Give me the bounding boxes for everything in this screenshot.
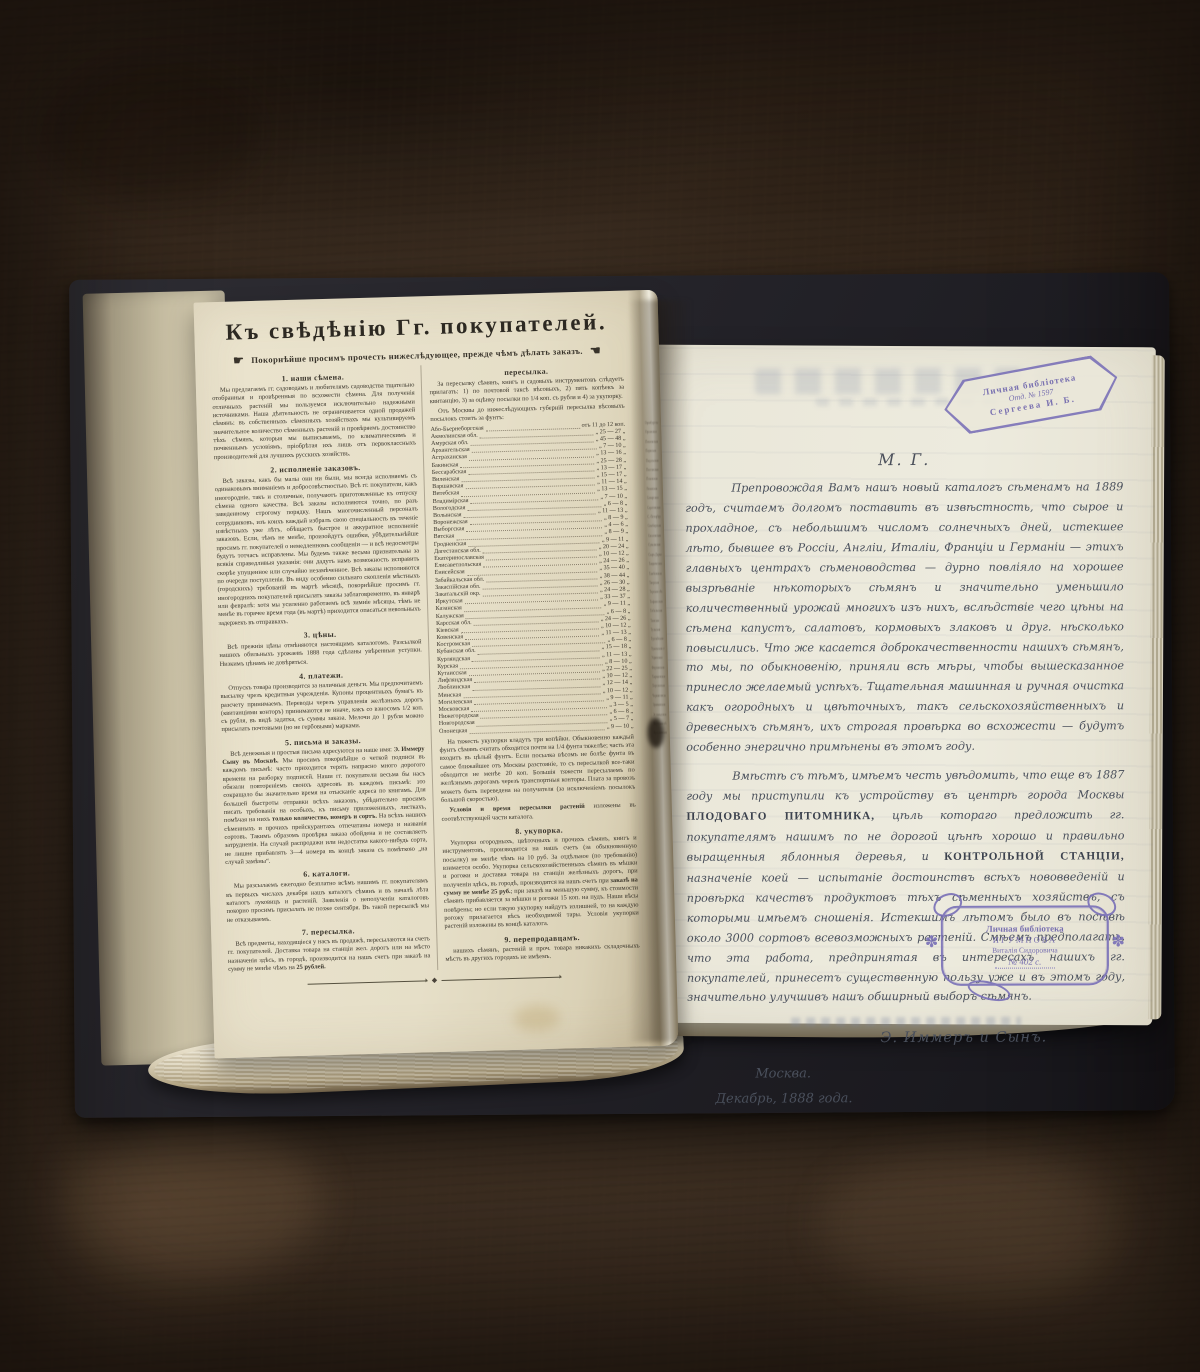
section-body: Мы разсылаемъ ежегодно безплатно всѣмъ н…	[226, 878, 430, 925]
region-name: Херсонская	[652, 681, 665, 691]
region-name: Симбирская	[648, 521, 661, 531]
region-name: Олонецкая	[439, 728, 467, 736]
library-stamp-top: Личная библіотека Отд. № 1597 Сергеева И…	[939, 352, 1122, 437]
section-body: Мы предлагаемъ гг. садоводамъ и любителя…	[212, 381, 416, 462]
pointing-hand-left-icon: ☚	[590, 344, 602, 356]
region-name: Тобольская	[650, 606, 663, 616]
region-name: Самарская	[647, 493, 660, 503]
right-column: пересылка. За пересылку сѣмянъ, книгъ и …	[422, 360, 640, 971]
dotted-leader	[469, 729, 605, 734]
region-name: Пермская	[646, 446, 659, 456]
flower-ornament-icon: ✽	[925, 932, 938, 952]
flower-ornament-icon: ✽	[1111, 931, 1124, 951]
catalog-section: 3. цѣны. Всѣ прежнія цѣны отмѣняются нас…	[219, 627, 422, 669]
region-name: Сыръ-Дарьинская	[648, 549, 661, 559]
region-name: Ферганская обл.	[652, 662, 665, 672]
region-name: Тифлисская	[650, 596, 663, 606]
shipping-intro: За пересылку сѣмянъ, книгъ и садовыхъ ин…	[429, 376, 624, 406]
leather-blotch	[40, 60, 260, 200]
section-body: Всѣ предметы, находящіеся у насъ въ прод…	[227, 935, 430, 974]
region-name: Таврическая	[649, 559, 662, 569]
shipping-conditions: Условія и время пересылки растеній излож…	[441, 802, 636, 824]
leather-blotch	[820, 1150, 1120, 1300]
stamp-line: Виталія Сидоровича	[945, 945, 1105, 955]
left-column: 1. наши сѣмена. Мы предлагаемъ гг. садов…	[211, 365, 438, 976]
shipping-note: На тяжесть укупорки кладутъ три копѣйки.…	[439, 733, 635, 805]
section-body: Всѣ денежныя и простыя письма адресуются…	[222, 745, 428, 867]
region-name: Псковская	[646, 474, 659, 484]
region-name: Оренбургская	[645, 418, 658, 428]
stamp-line: Личная библіотека	[945, 923, 1105, 934]
region-name: Сувалкская	[648, 540, 661, 550]
bleed-through-line	[791, 1017, 1021, 1027]
library-stamp-bottom: ✽ ✽ Личная библіотека ИГУМНОВА Виталія С…	[927, 897, 1123, 994]
region-name: Смоленская	[648, 531, 661, 541]
region-name: Орловская	[645, 427, 658, 437]
region-name: Харьковская	[652, 672, 665, 682]
catalog-section: 1. наши сѣмена. Мы предлагаемъ гг. садов…	[212, 370, 417, 462]
shipping-rates-table: Або-Бьернеборгская отъ 11 до 12 коп. Акм…	[431, 421, 634, 735]
leather-blotch	[60, 1120, 320, 1280]
region-name: Рязанская	[647, 484, 660, 494]
letter-signature: Э. Иммеръ и Сынъ.	[687, 1030, 1125, 1048]
section-body: нашихъ сѣмянъ, растеній и проч. товара н…	[445, 942, 640, 964]
region-name: Терская обл.	[649, 587, 662, 597]
right-page: Личная библіотека Отд. № 1597 Сергеева И…	[640, 345, 1156, 1026]
region-name: Тверская	[649, 578, 662, 588]
region-name: Эриванская	[653, 700, 666, 710]
ink-smudge	[647, 718, 664, 748]
stamp-line: ИГУМНОВА	[945, 934, 1105, 945]
letter-date: Декабрь, 1888 года.	[687, 1091, 1125, 1108]
catalog-section: 2. исполненіе заказовъ. Всѣ заказы, какъ…	[214, 461, 421, 627]
region-name: Уфимская	[651, 653, 664, 663]
region-name: Тульская	[651, 625, 664, 635]
page-title: Къ свѣдѣнію Гг. покупателей.	[210, 309, 623, 346]
letter-place: Москва.	[687, 1066, 1125, 1083]
region-name: Уральская обл.	[651, 643, 664, 653]
region-name: С.-Петербургская	[647, 512, 660, 522]
section-body: Всѣ заказы, какъ бы малы они ни были, мы…	[214, 472, 421, 628]
region-price: „ 9 — 10 „	[607, 723, 634, 731]
letter-salutation: М. Г.	[685, 449, 1123, 470]
region-name: Черниговская	[652, 690, 665, 700]
left-page: Къ свѣдѣнію Гг. покупателей. ☛ Покорнѣйш…	[194, 290, 679, 1059]
region-name: Саратовская	[647, 502, 660, 512]
region-name: Полтавская	[646, 465, 659, 475]
catalog-section: 7. пересылка. Всѣ предметы, находящіеся …	[227, 924, 431, 974]
catalog-section: 4. платежи. Отпускъ товара производится …	[220, 668, 424, 735]
pointing-hand-right-icon: ☛	[233, 354, 245, 366]
catalog-section: 5. письма и заказы. Всѣ денежныя и прост…	[222, 734, 428, 867]
region-name: Томская	[650, 615, 663, 625]
foxing-stain	[513, 1005, 560, 1032]
section-body: Отпускъ товара производится за наличныя …	[220, 679, 424, 735]
letter-place-date: Москва. Декабрь, 1888 года.	[687, 1066, 1125, 1108]
region-name: Тургайская обл.	[651, 634, 664, 644]
section-body: Укупорка огородныхъ, цвѣточныхъ и прочих…	[442, 834, 639, 931]
region-name: Подольская	[646, 455, 659, 465]
catalog-section: 6. каталоги. Мы разсылаемъ ежегодно безп…	[225, 867, 429, 925]
section-body: Всѣ прежнія цѣны отмѣняются настоящимъ к…	[219, 638, 422, 669]
stamp-number: № 402 с.	[995, 956, 1056, 968]
region-name: Тамбовская	[649, 568, 662, 578]
letter-paragraph: Препровождая Вамъ нашъ новый каталогъ сѣ…	[685, 477, 1124, 758]
region-name: Пензенская	[645, 437, 658, 447]
